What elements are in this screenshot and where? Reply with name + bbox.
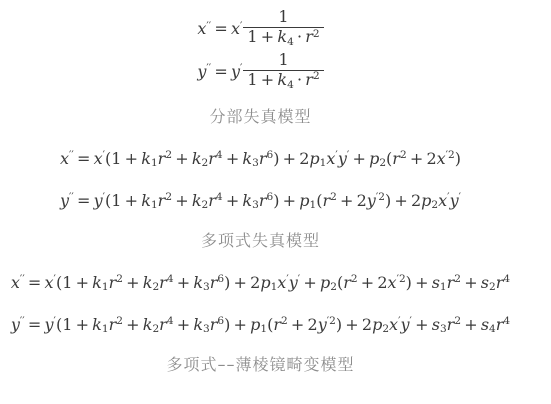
formula-page: x′′=x′11+k4·r2 y′′=y′11+k4·r2 分部失真模型 x′′…: [0, 0, 551, 404]
math-token: ′: [103, 149, 105, 161]
math-token: y: [289, 273, 298, 292]
math-token: s: [481, 315, 489, 334]
math-token: 2: [330, 191, 337, 203]
math-token: 1: [278, 50, 288, 69]
math-token: y: [338, 149, 347, 168]
math-token: 1: [309, 199, 316, 211]
math-token: k: [192, 191, 202, 210]
math-token: 2: [411, 191, 421, 210]
math-token: ′: [240, 20, 242, 32]
math-token: y: [318, 315, 327, 334]
math-token: =: [28, 315, 41, 334]
math-token: +: [303, 273, 316, 292]
math-token: x: [94, 149, 103, 168]
math-token: +: [415, 273, 428, 292]
math-token: s: [432, 315, 440, 334]
math-token: +: [283, 191, 296, 210]
math-token: 2: [313, 28, 320, 40]
math-token: p: [260, 273, 270, 292]
label-thin-prism-model: 多项式––薄棱镜畸变模型: [8, 356, 513, 374]
equation-thin-prism-model-x: x′′=x′(1+k1r2+k2r4+k3r6)+2p1x′y′+p2(r2+2…: [8, 270, 513, 298]
math-token: +: [126, 315, 139, 334]
math-token: 2: [281, 315, 288, 327]
math-token: k: [193, 273, 203, 292]
math-token: +: [125, 191, 138, 210]
math-token: 2: [165, 149, 172, 161]
math-token: p: [320, 273, 330, 292]
math-token: 1: [440, 281, 447, 293]
math-token: +: [361, 273, 374, 292]
math-token: r: [305, 27, 313, 46]
math-token: 4: [287, 79, 294, 91]
math-token: 2: [299, 149, 309, 168]
math-token: 2: [454, 273, 461, 285]
math-token: s: [481, 273, 489, 292]
math-token: 1: [320, 157, 327, 169]
math-token: p: [309, 149, 319, 168]
math-token: 2: [313, 70, 320, 82]
math-token: r: [208, 149, 216, 168]
math-token: =: [77, 149, 90, 168]
math-token: +: [175, 149, 188, 168]
math-token: y: [367, 191, 376, 210]
math-token: p: [299, 191, 309, 210]
math-token: 6: [217, 273, 224, 285]
math-token: r: [159, 315, 167, 334]
fraction: 11+k4·r2: [243, 8, 323, 47]
math-token: +: [261, 27, 274, 46]
math-token: ): [455, 149, 461, 168]
math-token: +: [283, 149, 296, 168]
math-token: ′: [286, 273, 288, 285]
math-token: 6: [217, 315, 224, 327]
math-token: +: [415, 315, 428, 334]
math-token: ′: [410, 315, 412, 327]
math-token: +: [291, 315, 304, 334]
math-token: ′: [335, 149, 337, 161]
math-token: +: [76, 273, 89, 292]
math-token: 3: [203, 281, 210, 293]
math-token: +: [177, 315, 190, 334]
math-token: x: [11, 273, 20, 292]
math-token: 4: [167, 273, 174, 285]
math-token: 1: [62, 315, 72, 334]
math-token: 2: [250, 273, 260, 292]
math-token: 1: [271, 281, 278, 293]
math-token: k: [277, 27, 287, 46]
math-token: ′2: [446, 149, 455, 161]
equation-polynomial-model-y: y′′=y′(1+k1r2+k2r4+k3r6)+p1(r2+2y′2)+2p2…: [8, 188, 513, 216]
math-token: k: [143, 315, 153, 334]
math-token: 2: [362, 315, 372, 334]
label-division-model: 分部失真模型: [8, 108, 513, 126]
equation-division-model-y: y′′=y′11+k4·r2: [8, 53, 513, 92]
math-token: 2: [431, 199, 438, 211]
math-token: +: [464, 273, 477, 292]
math-token: p: [250, 315, 260, 334]
math-token: k: [143, 273, 153, 292]
math-token: =: [28, 273, 41, 292]
math-token: y: [94, 191, 103, 210]
math-token: x: [438, 191, 447, 210]
math-token: k: [193, 315, 203, 334]
math-token: 1: [247, 27, 257, 46]
math-token: x: [231, 19, 240, 38]
math-token: y: [60, 191, 69, 210]
math-token: +: [234, 315, 247, 334]
math-token: r: [208, 191, 216, 210]
math-token: k: [192, 149, 202, 168]
math-token: k: [92, 315, 102, 334]
math-token: +: [340, 191, 353, 210]
math-token: 1: [102, 281, 109, 293]
equation-thin-prism-model-y: y′′=y′(1+k1r2+k2r4+k3r6)+p1(r2+2y′2)+2p2…: [8, 312, 513, 340]
math-token: k: [242, 191, 252, 210]
math-token: 2: [351, 273, 358, 285]
math-token: 2: [379, 157, 386, 169]
math-token: +: [126, 273, 139, 292]
math-token: 1: [278, 7, 288, 26]
math-token: 2: [357, 191, 367, 210]
math-token: ′: [447, 191, 449, 203]
math-token: 1: [260, 323, 267, 335]
math-token: ): [406, 273, 412, 292]
math-token: x: [437, 149, 446, 168]
math-token: +: [226, 149, 239, 168]
math-token: +: [261, 70, 274, 89]
math-token: ): [224, 273, 230, 292]
math-token: ′′: [20, 315, 25, 327]
math-token: =: [214, 19, 227, 38]
math-token: 2: [382, 323, 389, 335]
math-token: 1: [111, 191, 121, 210]
equation-division-model-x: x′′=x′11+k4·r2: [8, 10, 513, 49]
math-token: ′: [54, 273, 56, 285]
math-token: 6: [266, 191, 273, 203]
math-token: =: [77, 191, 90, 210]
math-token: y: [231, 62, 240, 81]
math-token: k: [277, 70, 287, 89]
math-token: ′2: [397, 273, 406, 285]
math-token: ′2: [327, 315, 336, 327]
math-token: x: [277, 273, 286, 292]
math-token: x: [60, 149, 69, 168]
math-token: ·: [297, 27, 302, 46]
math-token: ′: [347, 149, 349, 161]
math-token: ): [385, 191, 391, 210]
math-token: +: [394, 191, 407, 210]
math-token: x: [45, 273, 54, 292]
math-token: p: [421, 191, 431, 210]
math-token: ): [273, 149, 279, 168]
fraction-numerator: 1: [243, 51, 323, 70]
math-token: ′: [459, 191, 461, 203]
math-token: 4: [503, 273, 510, 285]
math-token: 2: [165, 191, 172, 203]
math-token: 4: [216, 149, 223, 161]
math-token: ′′: [69, 149, 74, 161]
math-token: 2: [330, 281, 337, 293]
math-token: r: [273, 315, 281, 334]
math-token: y: [450, 191, 459, 210]
math-token: ): [336, 315, 342, 334]
math-token: +: [177, 273, 190, 292]
math-token: 4: [216, 191, 223, 203]
fraction: 11+k4·r2: [243, 51, 323, 90]
math-token: +: [464, 315, 477, 334]
fraction-numerator: 1: [243, 8, 323, 27]
math-token: 1: [151, 157, 158, 169]
math-token: 1: [62, 273, 72, 292]
math-token: ′: [54, 315, 56, 327]
math-token: ′′: [69, 191, 74, 203]
math-token: y: [11, 315, 20, 334]
math-token: r: [392, 149, 400, 168]
math-token: 1: [247, 70, 257, 89]
math-token: +: [410, 149, 423, 168]
math-token: 3: [203, 323, 210, 335]
math-token: y: [400, 315, 409, 334]
math-token: s: [432, 273, 440, 292]
math-token: 2: [152, 323, 159, 335]
math-token: +: [226, 191, 239, 210]
math-token: 2: [489, 281, 496, 293]
math-token: ′′: [206, 62, 211, 74]
math-token: ): [224, 315, 230, 334]
math-token: 6: [266, 149, 273, 161]
math-token: r: [159, 273, 167, 292]
math-token: r: [305, 70, 313, 89]
math-token: ′′: [20, 273, 25, 285]
math-token: ): [273, 191, 279, 210]
math-token: 2: [152, 281, 159, 293]
math-token: ′: [103, 191, 105, 203]
math-token: 3: [252, 199, 259, 211]
math-token: 2: [116, 273, 123, 285]
math-token: x: [388, 273, 397, 292]
math-token: 2: [308, 315, 318, 334]
math-token: +: [352, 149, 365, 168]
math-token: 2: [202, 199, 209, 211]
math-token: +: [175, 191, 188, 210]
math-token: 4: [287, 36, 294, 48]
math-token: +: [125, 149, 138, 168]
math-token: r: [322, 191, 330, 210]
label-polynomial-model: 多项式失真模型: [8, 232, 513, 250]
math-token: ′2: [376, 191, 385, 203]
math-token: 2: [116, 315, 123, 327]
math-token: 4: [503, 315, 510, 327]
math-token: 1: [111, 149, 121, 168]
math-token: ′: [240, 62, 242, 74]
math-token: k: [92, 273, 102, 292]
math-token: k: [141, 149, 151, 168]
math-token: y: [44, 315, 53, 334]
fraction-denominator: 1+k4·r2: [243, 70, 323, 90]
math-token: +: [345, 315, 358, 334]
math-token: +: [76, 315, 89, 334]
math-token: k: [242, 149, 252, 168]
math-token: 3: [440, 323, 447, 335]
math-token: =: [214, 62, 227, 81]
math-token: k: [141, 191, 151, 210]
math-token: p: [372, 315, 382, 334]
math-token: r: [343, 273, 351, 292]
math-token: 2: [377, 273, 387, 292]
math-token: 2: [454, 315, 461, 327]
math-token: 2: [202, 157, 209, 169]
math-token: ′′: [206, 20, 211, 32]
equation-polynomial-model-x: x′′=x′(1+k1r2+k2r4+k3r6)+2p1x′y′+p2(r2+2…: [8, 146, 513, 174]
math-token: 1: [102, 323, 109, 335]
math-token: 3: [252, 157, 259, 169]
math-token: ·: [297, 70, 302, 89]
math-token: p: [369, 149, 379, 168]
math-token: 2: [400, 149, 407, 161]
math-token: 4: [167, 315, 174, 327]
math-token: 4: [489, 323, 496, 335]
math-token: ′: [298, 273, 300, 285]
fraction-denominator: 1+k4·r2: [243, 27, 323, 47]
math-token: 2: [426, 149, 436, 168]
math-token: 1: [151, 199, 158, 211]
math-token: x: [389, 315, 398, 334]
math-token: +: [234, 273, 247, 292]
